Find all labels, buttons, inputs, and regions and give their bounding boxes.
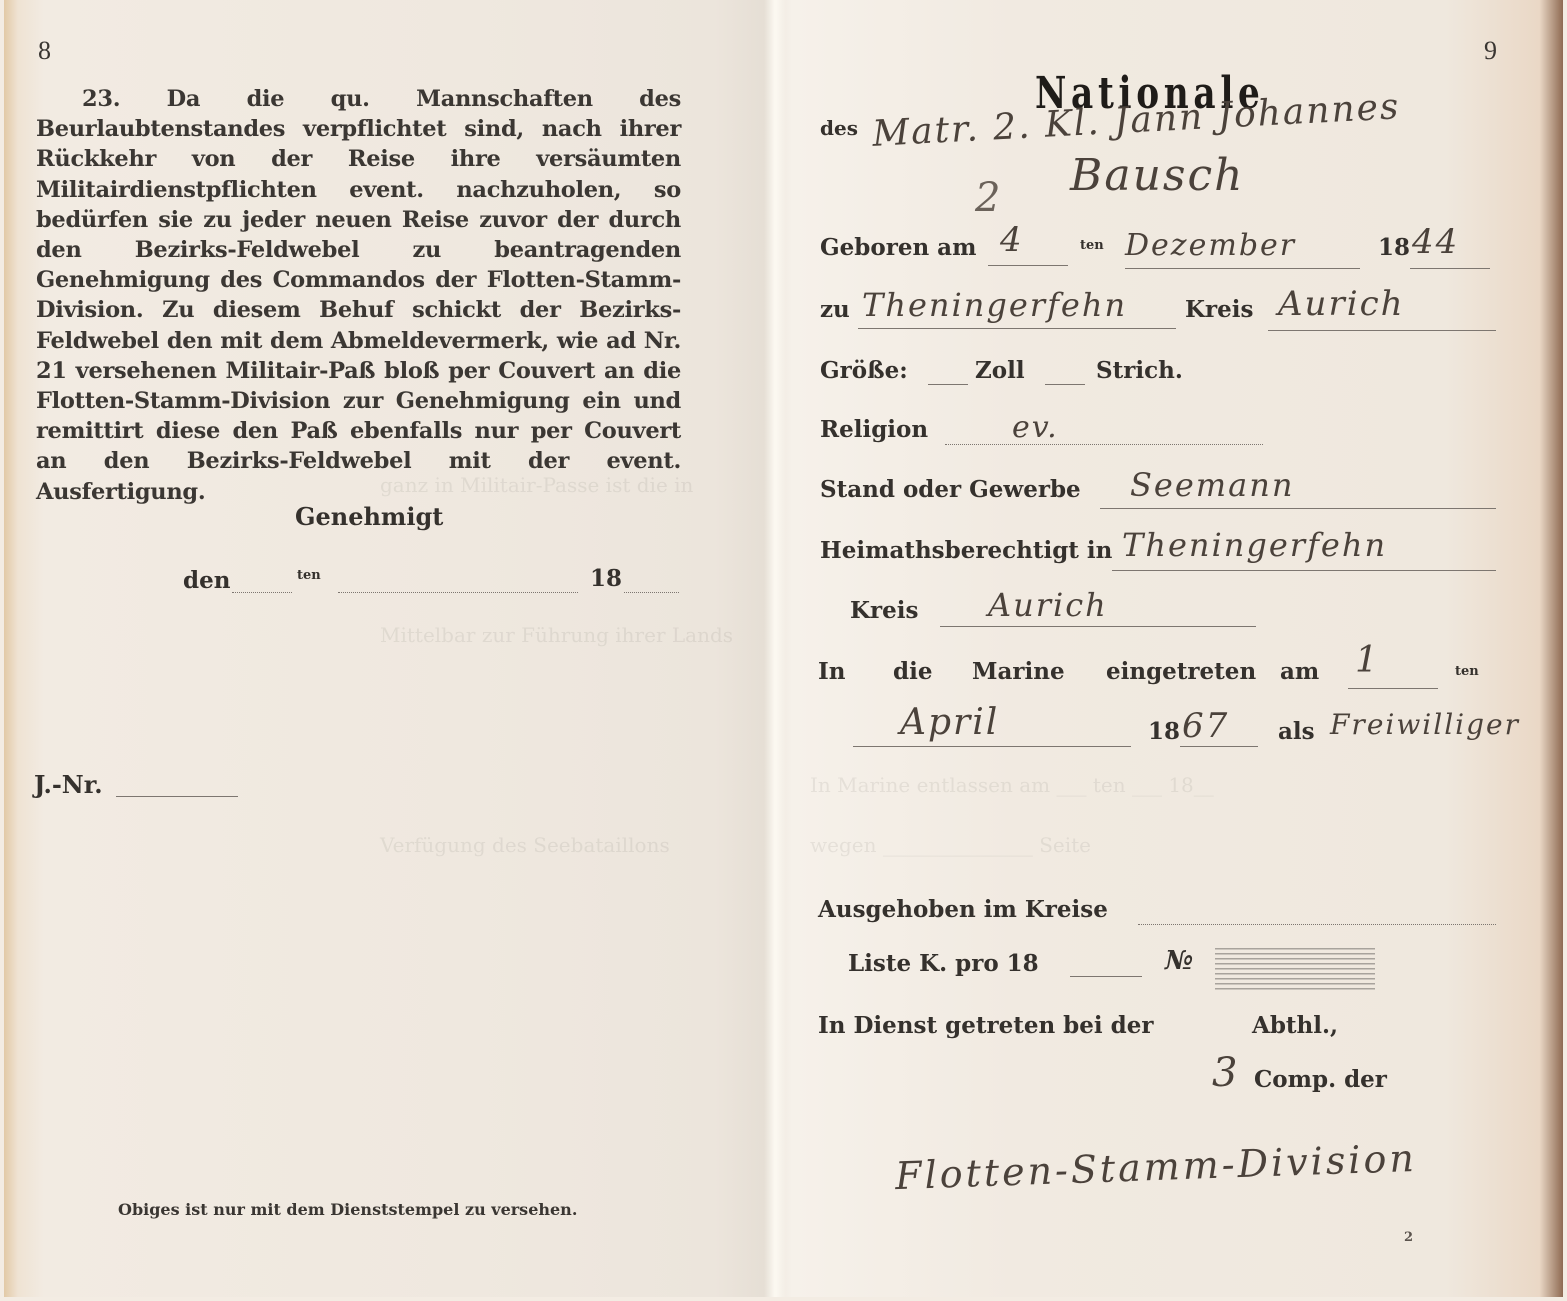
occupation-value: Seemann <box>1130 466 1294 504</box>
kreis-line[interactable] <box>1268 330 1496 331</box>
born-year-line[interactable] <box>1410 268 1490 269</box>
home-kreis-line[interactable] <box>940 626 1256 627</box>
size-strich-label: Strich. <box>1096 357 1183 384</box>
des-label: des <box>820 116 858 140</box>
book-spread: 8 ganz in Militair-Passe ist die in Mitt… <box>0 0 1567 1301</box>
occupation-line[interactable] <box>1100 508 1496 509</box>
born-ten-label: ten <box>1080 238 1104 253</box>
approval-year-line[interactable] <box>624 592 679 593</box>
navy-entry-word-in: In <box>818 658 845 685</box>
born-day-value: 4 <box>1000 220 1024 260</box>
right-page-number: 9 <box>1484 36 1497 66</box>
occupation-label: Stand oder Gewerbe <box>820 476 1081 503</box>
company-value: 3 <box>1212 1050 1239 1096</box>
size-zoll-line[interactable] <box>928 384 968 385</box>
bottom-mark: 2 <box>1404 1230 1413 1245</box>
list-year-line[interactable] <box>1070 976 1142 977</box>
size-strich-line[interactable] <box>1045 384 1085 385</box>
born-label: Geboren am <box>820 234 976 261</box>
kreis-value: Aurich <box>1278 284 1405 324</box>
navy-entry-month-value: April <box>900 702 999 743</box>
date-prefix-label: den <box>183 567 230 594</box>
approved-heading: Genehmigt <box>295 502 443 531</box>
regulation-paragraph: 23. Da die qu. Mannschaften des Beurlaub… <box>36 84 681 507</box>
show-through-text: Verfügung des Seebataillons <box>380 830 670 860</box>
kreis-label: Kreis <box>1185 296 1253 323</box>
born-month-line[interactable] <box>1125 268 1360 269</box>
home-right-value: Theningerfehn <box>1122 526 1387 564</box>
paragraph-text: Da die qu. Mannschaften des Beurlaubtens… <box>36 86 681 505</box>
show-through-text: Mittelbar zur Führung ihrer Lands <box>380 620 733 650</box>
company-label: Comp. der <box>1254 1066 1387 1093</box>
born-year-value: 44 <box>1412 222 1459 262</box>
approval-day-line[interactable] <box>232 592 292 593</box>
left-page-number: 8 <box>38 36 51 66</box>
navy-entry-ten-label: ten <box>1455 664 1479 679</box>
birthplace-value: Theningerfehn <box>862 286 1127 324</box>
size-label: Größe: <box>820 357 908 384</box>
show-through-text: wegen _______________ Seite <box>810 830 1091 860</box>
journal-number-label: J.-Nr. <box>34 770 103 799</box>
home-kreis-value: Aurich <box>988 586 1108 624</box>
journal-number-line[interactable] <box>116 796 238 797</box>
navy-entry-word-am: am <box>1280 658 1319 685</box>
list-number-label: № <box>1165 946 1193 976</box>
navy-entry-year-value: 67 <box>1182 706 1229 746</box>
home-right-line[interactable] <box>1112 570 1496 571</box>
navy-entry-month-line[interactable] <box>853 746 1131 747</box>
list-number-field[interactable] <box>1215 948 1375 990</box>
navy-entry-day-value: 1 <box>1355 640 1380 681</box>
abthl-label: Abthl., <box>1252 1012 1338 1039</box>
place-label: zu <box>820 296 850 323</box>
navy-entry-year-prefix: 18 <box>1148 718 1180 745</box>
navy-entry-word-die: die <box>893 658 932 685</box>
birthplace-line[interactable] <box>858 328 1176 329</box>
navy-entry-as-value: Freiwilliger <box>1330 708 1520 741</box>
religion-line[interactable] <box>945 444 1263 445</box>
date-ten-label: ten <box>297 568 321 583</box>
date-year-prefix: 18 <box>590 565 622 592</box>
navy-entry-year-line[interactable] <box>1180 746 1258 747</box>
size-zoll-label: Zoll <box>975 357 1025 384</box>
born-day-line[interactable] <box>988 265 1068 266</box>
home-right-label: Heimathsberechtigt in <box>820 537 1112 564</box>
levied-label: Ausgehoben im Kreise <box>818 896 1108 923</box>
religion-value: ev. <box>1012 410 1059 445</box>
born-month-value: Dezember <box>1125 228 1296 263</box>
navy-entry-word-eingetreten: eingetreten <box>1106 658 1256 685</box>
born-year-prefix: 18 <box>1378 234 1410 261</box>
home-kreis-label: Kreis <box>850 597 918 624</box>
navy-entry-day-line[interactable] <box>1348 688 1438 689</box>
correction-mark: 2 <box>975 175 1002 221</box>
paragraph-number: 23. <box>82 86 120 112</box>
approval-month-line[interactable] <box>338 592 578 593</box>
footer-note: Obiges ist nur mit dem Dienststempel zu … <box>118 1200 577 1219</box>
show-through-text: In Marine entlassen am ___ ten ___ 18__ <box>810 770 1214 800</box>
list-label: Liste K. pro 18 <box>848 950 1039 977</box>
navy-entry-word-marine: Marine <box>972 658 1065 685</box>
book-gutter <box>764 0 786 1297</box>
service-label: In Dienst getreten bei der <box>818 1012 1153 1039</box>
surname-handwritten: Bausch <box>1070 150 1244 201</box>
religion-label: Religion <box>820 416 928 443</box>
levied-line[interactable] <box>1138 924 1496 925</box>
navy-entry-as-label: als <box>1278 718 1315 745</box>
